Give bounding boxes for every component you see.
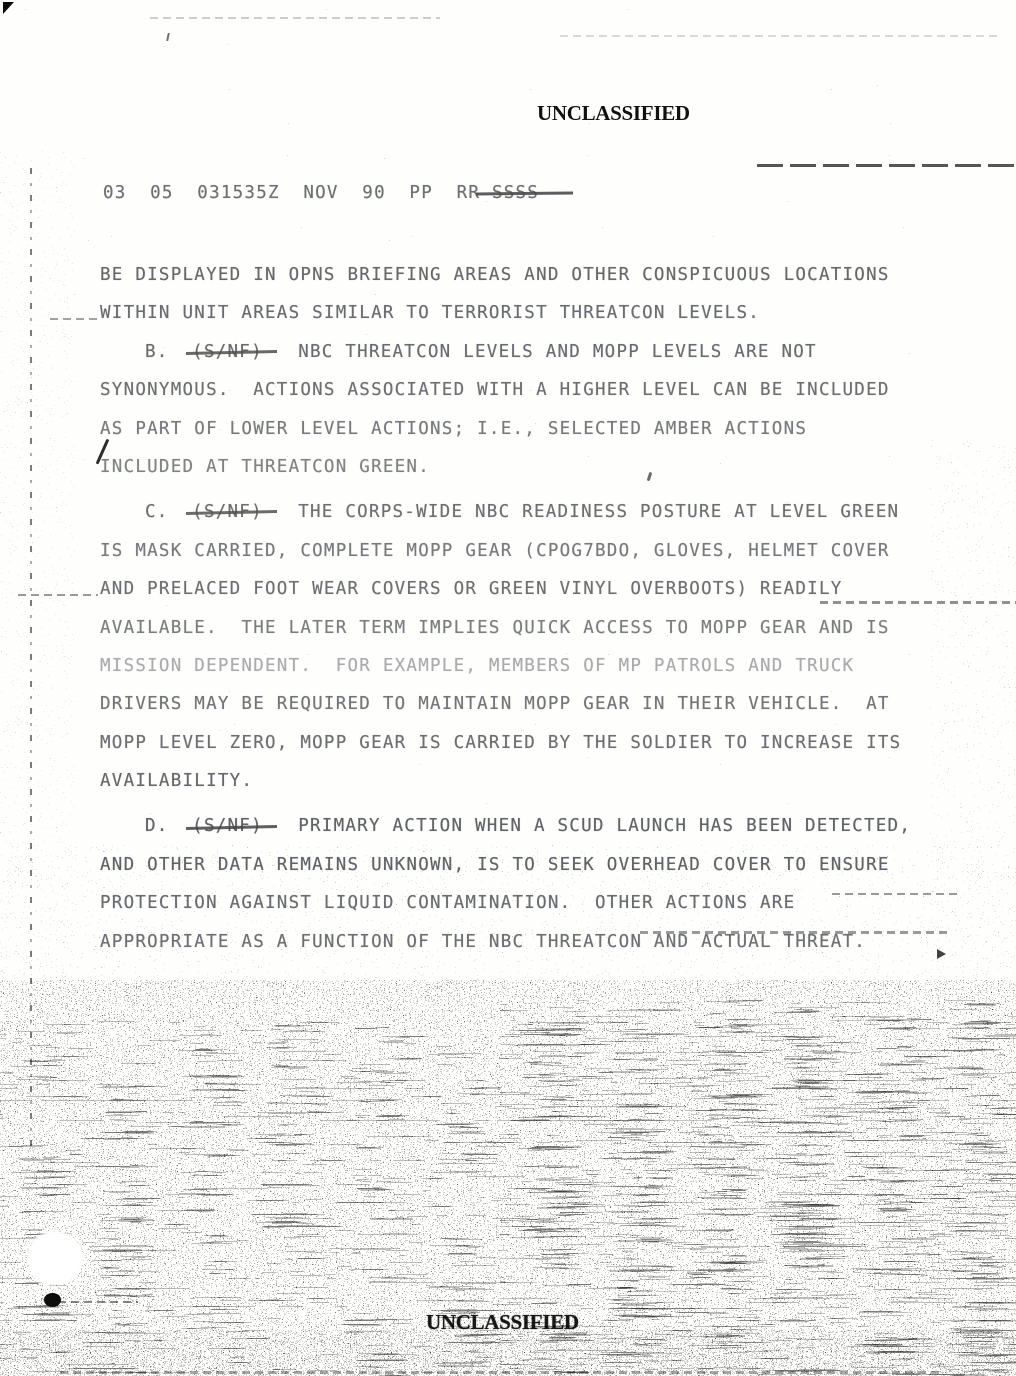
classification-banner-top: UNCLASSIFIED — [537, 101, 690, 126]
line-text: AVAILABILITY. — [100, 771, 253, 791]
line-text: SYNONYMOUS. ACTIONS ASSOCIATED WITH A HI… — [100, 380, 890, 400]
document-line: AVAILABILITY. — [100, 762, 980, 800]
noise-streak — [60, 1371, 940, 1374]
redaction-strike: (S/NF) — [192, 807, 263, 845]
document-line: PROTECTION AGAINST LIQUID CONTAMINATION.… — [100, 884, 980, 922]
ink-dot-mark — [44, 1293, 61, 1307]
line-text: AND OTHER DATA REMAINS UNKNOWN, IS TO SE… — [100, 855, 890, 875]
document-line: INCLUDED AT THREATCON GREEN. — [100, 448, 980, 486]
document-line: MOPP LEVEL ZERO, MOPP GEAR IS CARRIED BY… — [100, 724, 980, 762]
document-line: MISSION DEPENDENT. FOR EXAMPLE, MEMBERS … — [100, 647, 980, 685]
line-text: AS PART OF LOWER LEVEL ACTIONS; I.E., SE… — [100, 419, 807, 439]
classification-banner-bottom: UNCLASSIFIED — [426, 1310, 579, 1335]
routing-text: 03 05 031535Z NOV 90 PP RR — [103, 183, 492, 203]
document-line: AS PART OF LOWER LEVEL ACTIONS; I.E., SE… — [100, 410, 980, 448]
noise-streak — [18, 594, 98, 596]
margin-arrow-mark — [937, 949, 946, 959]
line-text: THE CORPS-WIDE NBC READINESS POSTURE AT … — [263, 502, 899, 522]
document-line: C. (S/NF) THE CORPS-WIDE NBC READINESS P… — [100, 493, 980, 531]
line-text: MOPP LEVEL ZERO, MOPP GEAR IS CARRIED BY… — [100, 733, 901, 753]
noise-streak — [560, 35, 1000, 37]
left-margin-dash-line — [30, 168, 32, 1148]
document-line: DRIVERS MAY BE REQUIRED TO MAINTAIN MOPP… — [100, 685, 980, 723]
tick-mark — [166, 33, 170, 41]
document-line: WITHIN UNIT AREAS SIMILAR TO TERRORIST T… — [100, 294, 980, 332]
redaction-strike: (S/NF) — [192, 333, 263, 371]
scanned-document-page: UNCLASSIFIED UNCLASSIFIED 03 05 031535Z … — [0, 0, 1016, 1376]
line-text: AND PRELACED FOOT WEAR COVERS OR GREEN V… — [100, 579, 843, 599]
document-line: APPROPRIATE AS A FUNCTION OF THE NBC THR… — [100, 923, 980, 961]
line-text: APPROPRIATE AS A FUNCTION OF THE NBC THR… — [100, 932, 866, 952]
noise-streak — [757, 164, 1016, 167]
document-body: BE DISPLAYED IN OPNS BRIEFING AREAS AND … — [100, 256, 980, 961]
noise-streak — [50, 318, 98, 320]
document-line: SYNONYMOUS. ACTIONS ASSOCIATED WITH A HI… — [100, 371, 980, 409]
line-text: IS MASK CARRIED, COMPLETE MOPP GEAR (CPO… — [100, 541, 890, 561]
line-text: WITHIN UNIT AREAS SIMILAR TO TERRORIST T… — [100, 303, 760, 323]
noise-streak — [58, 1301, 138, 1303]
line-text: PRIMARY ACTION WHEN A SCUD LAUNCH HAS BE… — [263, 816, 911, 836]
noise-streak — [832, 893, 962, 895]
line-text: BE DISPLAYED IN OPNS BRIEFING AREAS AND … — [100, 265, 890, 285]
document-line: AND OTHER DATA REMAINS UNKNOWN, IS TO SE… — [100, 846, 980, 884]
line-text: PROTECTION AGAINST LIQUID CONTAMINATION.… — [100, 893, 795, 913]
line-text: MISSION DEPENDENT. FOR EXAMPLE, MEMBERS … — [100, 656, 854, 676]
line-text: INCLUDED AT THREATCON GREEN. — [100, 457, 430, 477]
line-text: AVAILABLE. THE LATER TERM IMPLIES QUICK … — [100, 618, 890, 638]
line-text: DRIVERS MAY BE REQUIRED TO MAINTAIN MOPP… — [100, 694, 890, 714]
redaction-strike: SSSS — [492, 183, 539, 203]
noise-streak — [150, 17, 440, 19]
message-routing-line: 03 05 031535Z NOV 90 PP RR SSSS — [103, 183, 539, 203]
noise-streak — [820, 601, 1016, 604]
noise-streak — [640, 931, 952, 934]
redaction-strike: (S/NF) — [192, 493, 263, 531]
hole-punch-mark — [27, 1231, 83, 1285]
document-line: AVAILABLE. THE LATER TERM IMPLIES QUICK … — [100, 609, 980, 647]
document-line: D. (S/NF) PRIMARY ACTION WHEN A SCUD LAU… — [100, 807, 980, 845]
corner-mark — [3, 2, 14, 14]
document-line: BE DISPLAYED IN OPNS BRIEFING AREAS AND … — [100, 256, 980, 294]
line-text: NBC THREATCON LEVELS AND MOPP LEVELS ARE… — [263, 342, 817, 362]
document-line: IS MASK CARRIED, COMPLETE MOPP GEAR (CPO… — [100, 532, 980, 570]
document-line: B. (S/NF) NBC THREATCON LEVELS AND MOPP … — [100, 333, 980, 371]
